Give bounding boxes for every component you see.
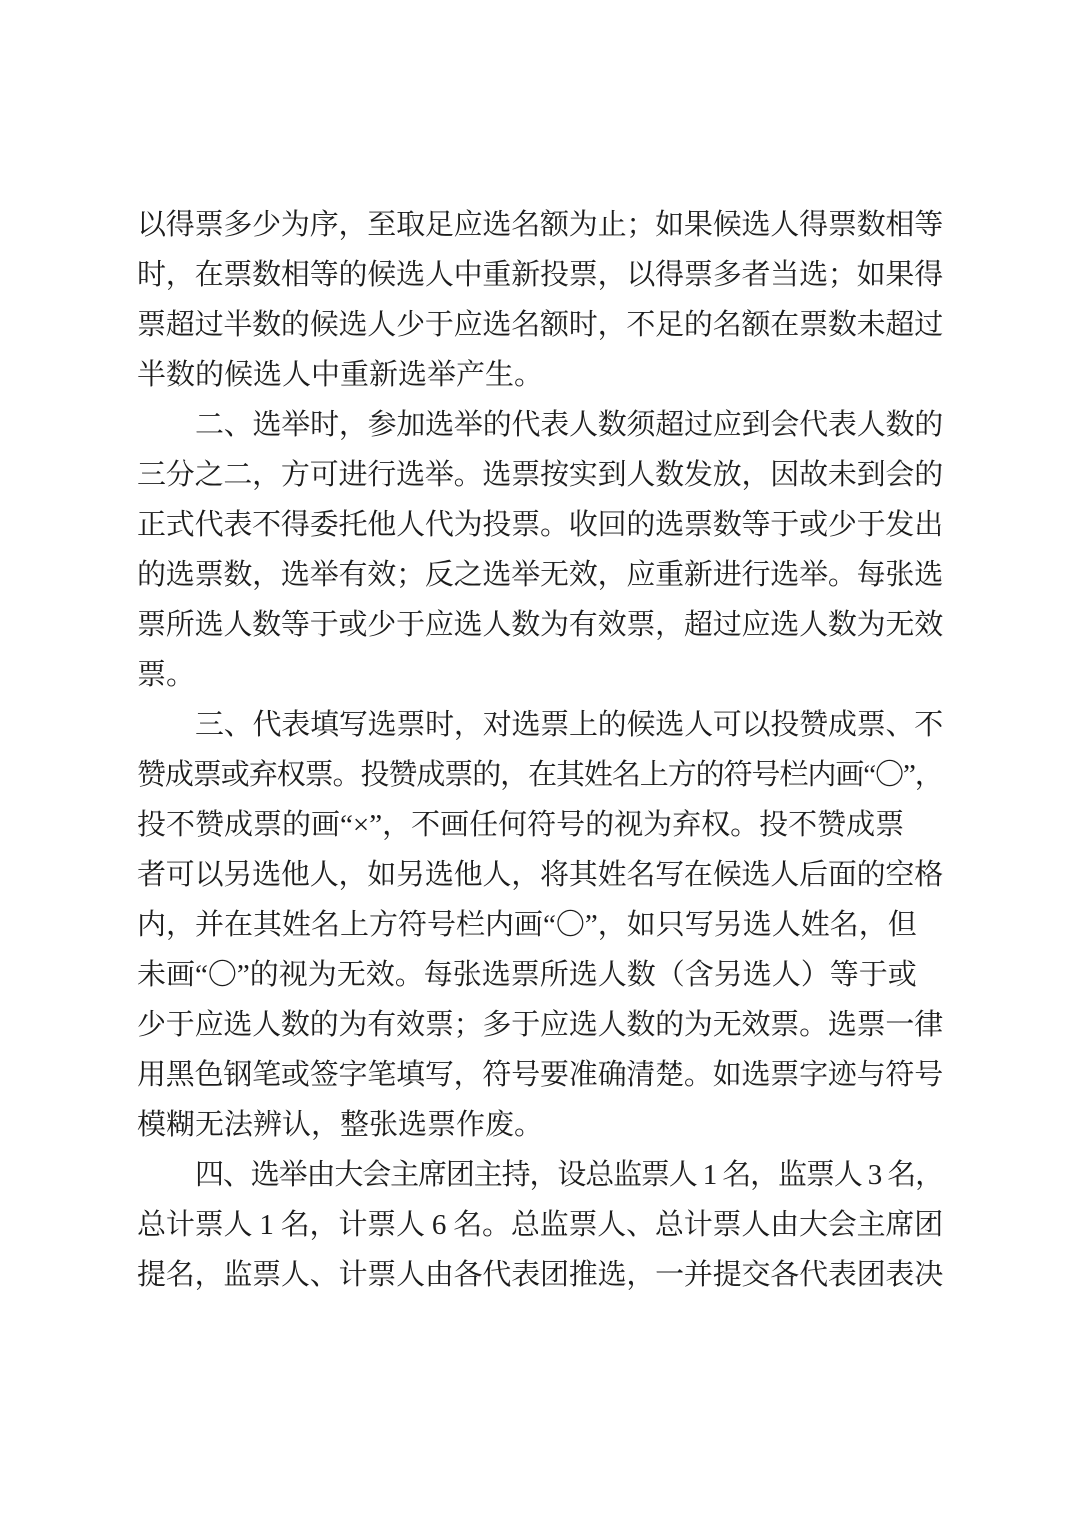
text-line: 者可以另选他人，如另选他人，将其姓名写在候选人后面的空格 (137, 850, 943, 900)
document-text-block: 以得票多少为序，至取足应选名额为止；如果候选人得票数相等时，在票数相等的候选人中… (137, 200, 943, 1300)
text-line: 模糊无法辨认，整张选票作废。 (137, 1100, 943, 1150)
text-line: 四、选举由大会主席团主持，设总监票人 1 名，监票人 3 名， (137, 1150, 943, 1200)
text-line: 未画“〇”的视为无效。每张选票所选人数（含另选人）等于或 (137, 950, 943, 1000)
paragraph: 四、选举由大会主席团主持，设总监票人 1 名，监票人 3 名，总计票人 1 名，… (137, 1150, 943, 1300)
text-line: 三、代表填写选票时，对选票上的候选人可以投赞成票、不 (137, 700, 943, 750)
text-line: 内，并在其姓名上方符号栏内画“〇”，如只写另选人姓名，但 (137, 900, 943, 950)
text-line: 二、选举时，参加选举的代表人数须超过应到会代表人数的 (137, 400, 943, 450)
paragraph: 二、选举时，参加选举的代表人数须超过应到会代表人数的三分之二，方可进行选举。选票… (137, 400, 943, 700)
text-line: 半数的候选人中重新选举产生。 (137, 350, 943, 400)
document-page: 以得票多少为序，至取足应选名额为止；如果候选人得票数相等时，在票数相等的候选人中… (0, 0, 1074, 1520)
text-line: 总计票人 1 名，计票人 6 名。总监票人、总计票人由大会主席团 (137, 1200, 943, 1250)
text-line: 的选票数，选举有效；反之选举无效，应重新进行选举。每张选 (137, 550, 943, 600)
text-line: 提名，监票人、计票人由各代表团推选，一并提交各代表团表决 (137, 1250, 943, 1300)
text-line: 时，在票数相等的候选人中重新投票，以得票多者当选；如果得 (137, 250, 943, 300)
text-line: 少于应选人数的为有效票；多于应选人数的为无效票。选票一律 (137, 1000, 943, 1050)
paragraph: 以得票多少为序，至取足应选名额为止；如果候选人得票数相等时，在票数相等的候选人中… (137, 200, 943, 400)
text-line: 赞成票或弃权票。投赞成票的，在其姓名上方的符号栏内画“〇”， (137, 750, 943, 800)
text-line: 票所选人数等于或少于应选人数为有效票，超过应选人数为无效 (137, 600, 943, 650)
text-line: 投不赞成票的画“×”，不画任何符号的视为弃权。投不赞成票 (137, 800, 943, 850)
text-line: 用黑色钢笔或签字笔填写，符号要准确清楚。如选票字迹与符号 (137, 1050, 943, 1100)
text-line: 正式代表不得委托他人代为投票。收回的选票数等于或少于发出 (137, 500, 943, 550)
text-line: 票。 (137, 650, 943, 700)
text-line: 票超过半数的候选人少于应选名额时，不足的名额在票数未超过 (137, 300, 943, 350)
text-line: 以得票多少为序，至取足应选名额为止；如果候选人得票数相等 (137, 200, 943, 250)
text-line: 三分之二，方可进行选举。选票按实到人数发放，因故未到会的 (137, 450, 943, 500)
paragraph: 三、代表填写选票时，对选票上的候选人可以投赞成票、不赞成票或弃权票。投赞成票的，… (137, 700, 943, 1150)
